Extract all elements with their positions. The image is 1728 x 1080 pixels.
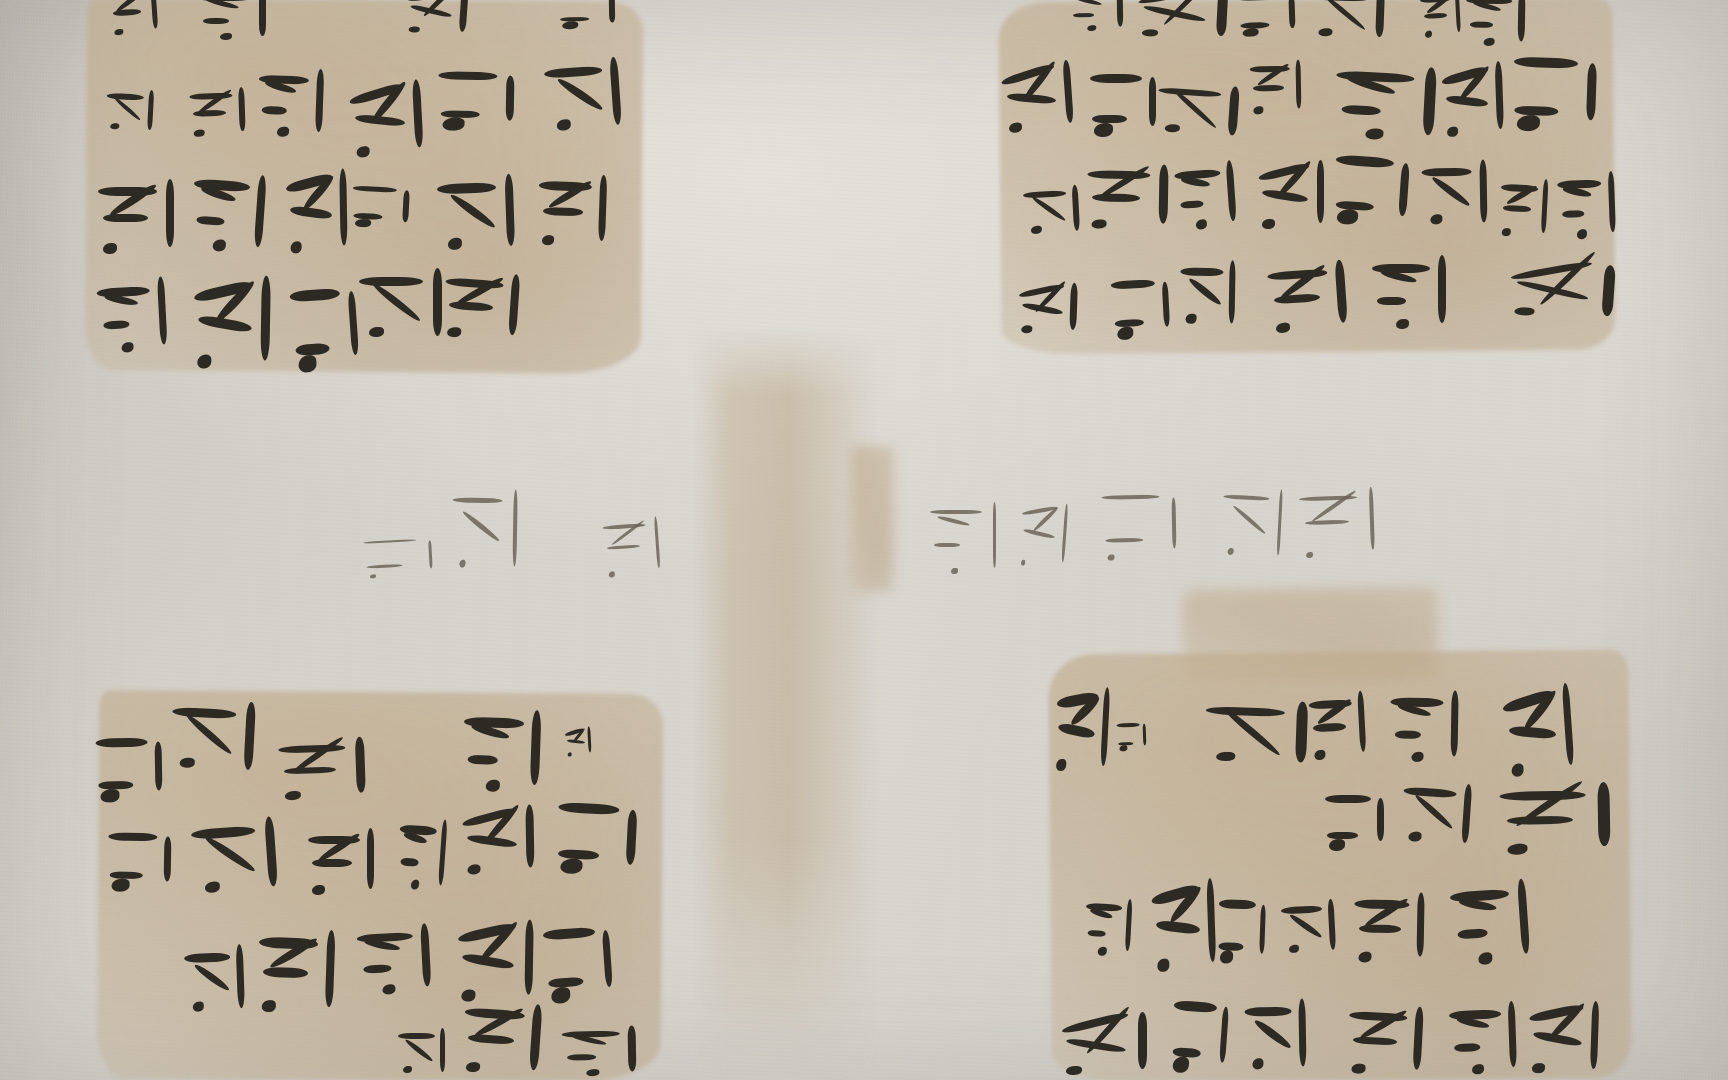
calligraphy-character: 小 xyxy=(1177,257,1238,334)
character-text: 免 xyxy=(1419,157,1490,234)
calligraphy-character: 已 xyxy=(182,942,249,1022)
calligraphy-character: 其 xyxy=(166,696,260,783)
stain-patch-extra xyxy=(849,446,894,592)
character-text: 樂 xyxy=(187,813,283,905)
fold-stain-strip xyxy=(693,328,878,1080)
calligraphy-character: 設 xyxy=(1242,995,1309,1080)
character-text: 殆 xyxy=(440,267,525,346)
calligraphy-character: 法 xyxy=(354,921,436,1001)
calligraphy-character: 者 xyxy=(96,176,178,260)
calligraphy-character: 敘 xyxy=(1148,875,1220,979)
calligraphy-character: 接 xyxy=(1344,1001,1428,1080)
calligraphy-character: 以 xyxy=(396,1026,448,1080)
character-text: 不 xyxy=(1525,997,1604,1080)
calligraphy-character: 先 xyxy=(560,1023,641,1080)
character-text: 隹 xyxy=(1068,0,1127,35)
character-text: 之 xyxy=(1555,169,1620,245)
character-text: 老 xyxy=(449,485,521,580)
character-text: 將 xyxy=(1307,0,1389,45)
faint-pen-character: 于 xyxy=(600,514,664,582)
character-text: 次 xyxy=(1108,268,1174,345)
character-text: 不 xyxy=(1088,64,1160,142)
calligraphy-character: 前 xyxy=(255,65,328,143)
calligraphy-character: 以 xyxy=(1398,778,1477,855)
calligraphy-character: 夫 xyxy=(1499,680,1580,785)
character-text: 必 xyxy=(457,997,546,1080)
calligraphy-character: 包 xyxy=(1256,158,1328,234)
calligraphy-character: 之 xyxy=(997,57,1078,138)
calligraphy-character: 以 xyxy=(1247,58,1304,119)
character-text: 前 xyxy=(255,65,328,143)
character-text: 之 xyxy=(1323,786,1387,856)
calligraphy-character: 考 xyxy=(1447,875,1535,972)
calligraphy-character: 戈 xyxy=(1419,0,1464,41)
calligraphy-character: 甲 xyxy=(196,0,270,44)
calligraphy-character: 馬 xyxy=(1083,161,1172,235)
character-text: 時 xyxy=(1447,999,1522,1080)
character-text: 以 xyxy=(1398,778,1477,855)
character-text: 小 xyxy=(1177,257,1238,334)
calligraphy-character: 意 xyxy=(1051,682,1114,781)
character-text: 以 xyxy=(1247,58,1304,119)
calligraphy-character: 將 xyxy=(1307,0,1389,45)
photo-stage: 入甲文曰曰王前豫且其者始於以百乎合機乎庶殆隹無見將戈為之不書以是於指失馬而包使免… xyxy=(0,0,1728,1080)
calligraphy-character: 〻 xyxy=(563,725,593,758)
calligraphy-character: 時 xyxy=(1447,999,1522,1080)
calligraphy-character: 王 xyxy=(187,85,249,141)
character-text: 入 xyxy=(106,0,162,40)
character-text: 始 xyxy=(187,167,271,260)
calligraphy-character: 樂 xyxy=(187,813,283,905)
calligraphy-character: 曰 xyxy=(556,0,619,33)
calligraphy-character: 而 xyxy=(552,791,642,883)
character-text: 馬 xyxy=(1083,161,1172,235)
character-text: 法 xyxy=(354,921,436,1001)
calligraphy-character: 朴 xyxy=(1370,253,1450,335)
character-text: 求 xyxy=(1387,687,1462,768)
stain-patch-extra xyxy=(1183,587,1439,681)
calligraphy-character: 免 xyxy=(1419,157,1490,234)
calligraphy-character: 即 xyxy=(1167,988,1233,1080)
character-text: 豫 xyxy=(346,76,428,164)
calligraphy-character: 學 xyxy=(1201,696,1314,774)
calligraphy-character: 入 xyxy=(106,0,162,40)
calligraphy-character: 其 xyxy=(541,53,627,142)
calligraphy-character: 必 xyxy=(457,997,546,1080)
calligraphy-character: 合 xyxy=(94,274,172,360)
character-text: 先 xyxy=(560,1023,641,1080)
calligraphy-character: 欠 xyxy=(1351,889,1428,968)
calligraphy-character: 運 xyxy=(1058,1010,1152,1080)
character-text: 且 xyxy=(435,61,518,136)
calligraphy-character: 未 xyxy=(93,727,166,808)
character-text: 也 xyxy=(393,814,450,897)
calligraphy-character: 書 xyxy=(1152,79,1244,145)
character-text: 王 xyxy=(187,85,249,141)
character-text: 故 xyxy=(275,734,371,805)
character-text: 庶 xyxy=(356,266,446,348)
character-text: 杭 xyxy=(361,532,437,582)
character-text: 今 xyxy=(306,826,378,900)
character-text: 者 xyxy=(96,176,178,260)
character-text: 甲 xyxy=(196,0,270,44)
character-text: 之 xyxy=(1016,498,1071,573)
calligraphy-character: 於 xyxy=(1439,59,1508,143)
character-text: 可 xyxy=(459,802,538,879)
character-text: 于 xyxy=(600,514,664,582)
calligraphy-character: 之 xyxy=(1323,786,1387,856)
calligraphy-character: 豫 xyxy=(346,76,428,164)
character-text: 其 xyxy=(166,696,260,783)
calligraphy-character: 〻 xyxy=(1115,717,1148,754)
character-text: 通 xyxy=(454,915,538,1008)
character-text: 兩 xyxy=(540,914,618,1011)
calligraphy-character: 隹 xyxy=(1068,0,1127,35)
character-text: 心 xyxy=(1263,257,1352,339)
character-text: 而 xyxy=(1171,158,1240,236)
character-text: 留 xyxy=(1278,897,1339,962)
calligraphy-character: 次 xyxy=(1108,268,1174,345)
calligraphy-character: 致 xyxy=(254,925,339,1022)
character-text: 畫 xyxy=(1504,256,1622,326)
faint-pen-character: 年 xyxy=(1099,483,1180,566)
calligraphy-character: 分 xyxy=(1496,175,1551,244)
calligraphy-character: 庶 xyxy=(356,266,446,348)
calligraphy-character: 始 xyxy=(187,167,271,260)
faint-pen-character: 之 xyxy=(1016,498,1071,573)
character-text: 未 xyxy=(93,727,166,808)
character-text: 指 xyxy=(1508,44,1601,139)
character-text: 曰 xyxy=(103,87,157,138)
calligraphy-character: 元 xyxy=(105,822,174,897)
character-text: 曰 xyxy=(556,0,619,33)
character-text: 与 xyxy=(1218,484,1286,567)
character-text: 分 xyxy=(1496,175,1551,244)
faint-pen-character: 与 xyxy=(1218,484,1286,567)
calligraphy-character: 為 xyxy=(1463,0,1528,51)
character-text: 是 xyxy=(1330,59,1442,149)
calligraphy-character: 也 xyxy=(393,814,450,897)
character-text: 乎 xyxy=(535,171,612,254)
calligraphy-character: 通 xyxy=(454,915,538,1008)
calligraphy-character: 以 xyxy=(349,178,414,233)
calligraphy-character: 心 xyxy=(1263,257,1352,339)
character-text: 於 xyxy=(1439,59,1508,143)
character-text: 敘 xyxy=(1148,875,1220,979)
character-text: 論 xyxy=(1495,780,1616,860)
character-text: 運 xyxy=(1058,1010,1152,1080)
character-text: 合 xyxy=(94,274,172,360)
character-text: 以 xyxy=(1215,889,1270,971)
character-text: 文 xyxy=(402,0,471,40)
calligraphy-character: 之 xyxy=(1555,169,1620,245)
character-text: 意 xyxy=(1051,682,1114,781)
character-text: 考 xyxy=(1447,875,1535,972)
character-text: 接 xyxy=(1344,1001,1428,1080)
calligraphy-character: 指 xyxy=(1508,44,1601,139)
character-text: 夫 xyxy=(1499,680,1580,785)
character-text: 〻 xyxy=(563,725,593,758)
calligraphy-character: 無 xyxy=(1133,0,1234,45)
character-text: 見 xyxy=(1235,0,1299,41)
calligraphy-character: 且 xyxy=(435,61,518,136)
calligraphy-character: 不 xyxy=(1088,64,1160,142)
calligraphy-character: 而 xyxy=(1081,895,1134,962)
calligraphy-character: 論 xyxy=(1495,780,1616,860)
calligraphy-character: 曰 xyxy=(103,87,157,138)
calligraphy-character: 古 xyxy=(1306,688,1370,765)
character-text: 書 xyxy=(1152,79,1244,145)
character-text: 〻 xyxy=(1115,717,1148,754)
calligraphy-character: 百 xyxy=(434,171,519,262)
character-text: 於 xyxy=(283,165,351,260)
character-text: 已 xyxy=(182,942,249,1022)
calligraphy-character: 留 xyxy=(1278,897,1339,962)
calligraphy-character: 不 xyxy=(1525,997,1604,1080)
character-text: 包 xyxy=(1256,158,1328,234)
character-text: 元 xyxy=(105,822,174,897)
character-text: 為 xyxy=(1463,0,1528,51)
calligraphy-character: 是 xyxy=(1330,59,1442,149)
character-text: 而 xyxy=(1081,895,1134,962)
character-text: 古 xyxy=(1306,688,1370,765)
calligraphy-character: 失 xyxy=(1021,182,1084,241)
calligraphy-character: 兩 xyxy=(540,914,618,1011)
character-text: 失 xyxy=(1021,182,1084,241)
character-text: 春 xyxy=(928,500,1000,580)
calligraphy-character: 故 xyxy=(275,734,371,805)
calligraphy-character: 求 xyxy=(1387,687,1462,768)
calligraphy-character: 見 xyxy=(1235,0,1299,41)
faint-pen-character: 杭 xyxy=(361,532,437,582)
character-text: 欠 xyxy=(1351,889,1428,968)
character-text: 而 xyxy=(552,791,642,883)
character-text: 使 xyxy=(1329,143,1415,234)
calligraphy-character: 於 xyxy=(283,165,351,260)
calligraphy-character: 畫 xyxy=(1504,256,1622,326)
character-text: 乎 xyxy=(287,274,364,381)
character-text: 其 xyxy=(541,53,627,142)
calligraphy-character: 文 xyxy=(402,0,471,40)
calligraphy-character: 而 xyxy=(1171,158,1240,236)
character-text: 未 xyxy=(1015,279,1081,339)
calligraphy-character: 乎 xyxy=(535,171,612,254)
character-text: 致 xyxy=(254,925,339,1022)
calligraphy-character: 乎 xyxy=(287,274,364,381)
character-text: 松 xyxy=(1297,485,1380,564)
character-text: 設 xyxy=(1242,995,1309,1080)
character-text: 年 xyxy=(1099,483,1180,566)
calligraphy-character: 可 xyxy=(459,802,538,879)
calligraphy-character: 使 xyxy=(1329,143,1415,234)
calligraphy-character: 未 xyxy=(1015,279,1081,339)
character-text: 百 xyxy=(434,171,519,262)
character-text: 戈 xyxy=(1419,0,1464,41)
faint-pen-character: 春 xyxy=(928,500,1000,580)
calligraphy-character: 以 xyxy=(1215,889,1270,971)
character-text: 以 xyxy=(349,178,414,233)
character-text: 畫 xyxy=(458,705,545,800)
faint-pen-character: 松 xyxy=(1297,485,1380,564)
character-text: 朴 xyxy=(1370,253,1450,335)
calligraphy-character: 殆 xyxy=(440,267,525,346)
character-text: 即 xyxy=(1167,988,1233,1080)
character-text: 機 xyxy=(189,271,275,376)
character-text: 以 xyxy=(396,1026,448,1080)
character-text: 無 xyxy=(1133,0,1234,45)
character-text: 之 xyxy=(997,57,1078,138)
character-text: 學 xyxy=(1201,696,1314,774)
calligraphy-character: 機 xyxy=(189,271,275,376)
faint-pen-character: 老 xyxy=(449,485,521,580)
calligraphy-character: 畫 xyxy=(458,705,545,800)
calligraphy-character: 今 xyxy=(306,826,378,900)
